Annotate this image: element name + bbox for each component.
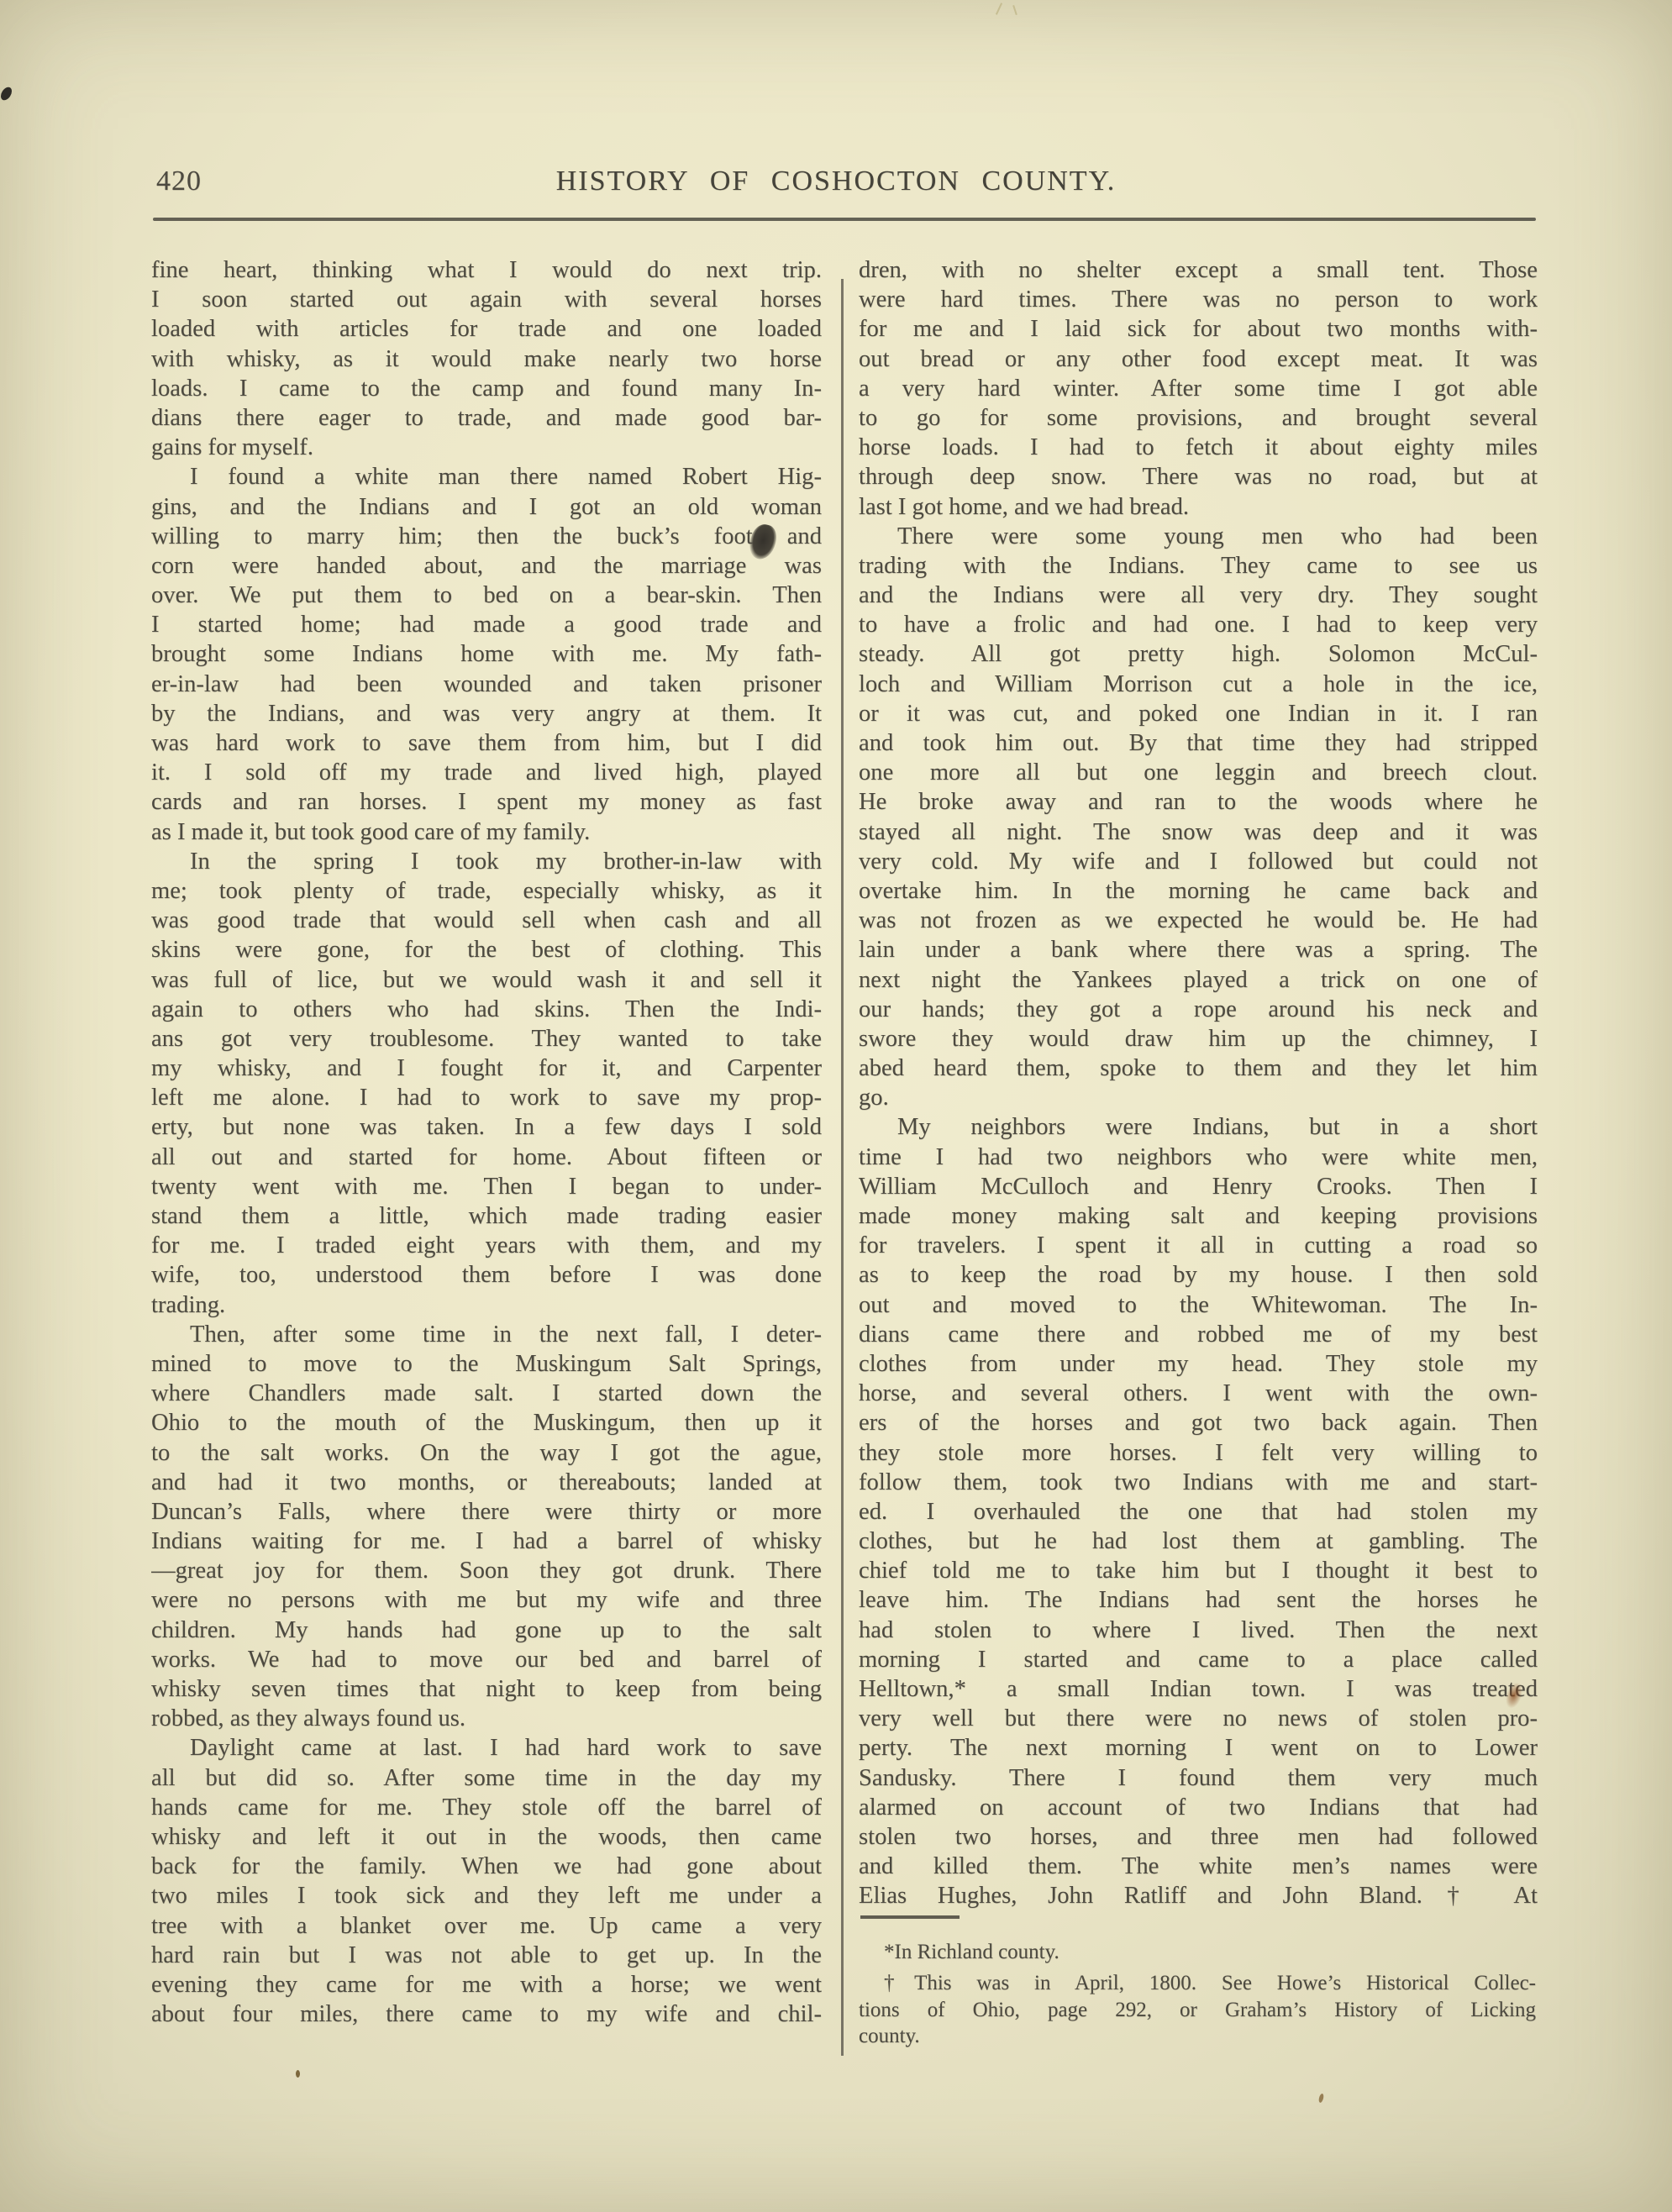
book-page-scan: 420 HISTORY OF COSHOCTON COUNTY. fine he… [0, 0, 1672, 2212]
text-line: My neighbors were Indians, but in a shor… [859, 1112, 1538, 1142]
text-line: or it was cut, and poked one Indian in i… [859, 699, 1538, 728]
text-line: fine heart, thinking what I would do nex… [151, 255, 822, 285]
text-line: to go for some provisions, and brought s… [859, 403, 1538, 433]
text-line: Indians waiting for me. I had a barrel o… [151, 1526, 822, 1556]
text-line: chief told me to take him but I thought … [859, 1556, 1538, 1585]
text-line: it. I sold off my trade and lived high, … [151, 758, 822, 787]
text-line: loads. I came to the camp and found many… [151, 374, 822, 403]
text-line: whisky seven times that night to keep fr… [151, 1674, 822, 1704]
text-line: and took him out. By that time they had … [859, 728, 1538, 758]
footnotes: *In Richland county.†This was in April, … [859, 1915, 1536, 2055]
text-line: There were some young men who had been [859, 522, 1538, 551]
text-line: out bread or any other food except meat.… [859, 344, 1538, 374]
text-line: through deep snow. There was no road, bu… [859, 462, 1538, 491]
text-line: and had it two months, or thereabouts; l… [151, 1468, 822, 1497]
text-line: stolen two horses, and three men had fol… [859, 1822, 1538, 1852]
text-line: again to others who had skins. Then the … [151, 995, 822, 1024]
text-line: I soon started out again with several ho… [151, 285, 822, 314]
text-line: for travelers. I spent it all in cutting… [859, 1231, 1538, 1260]
paragraph: In the spring I took my brother-in-law w… [151, 847, 822, 1320]
text-line: leave him. The Indians had sent the hors… [859, 1585, 1538, 1615]
text-line: dians there eager to trade, and made goo… [151, 403, 822, 433]
text-line: for me and I laid sick for about two mon… [859, 314, 1538, 344]
text-line: perty. The next morning I went on to Low… [859, 1733, 1538, 1763]
text-line: horse, and several others. I went with t… [859, 1379, 1538, 1408]
text-line: er-in-law had been wounded and taken pri… [151, 670, 822, 699]
text-line: abed heard them, spoke to them and they … [859, 1053, 1538, 1083]
footnote-separator-rule [860, 1915, 960, 1919]
text-line: dren, with no shelter except a small ten… [859, 255, 1538, 285]
text-line: Duncan’s Falls, where there were thirty … [151, 1497, 822, 1526]
text-line: I started home; had made a good trade an… [151, 610, 822, 639]
paragraph: I found a white man there named Robert H… [151, 462, 822, 846]
text-line: me; took plenty of trade, especially whi… [151, 876, 822, 906]
text-line: tree with a blanket over me. Up came a v… [151, 1911, 822, 1941]
text-line: brought some Indians home with me. My fa… [151, 639, 822, 669]
text-line: Sandusky. There I found them very much [859, 1763, 1538, 1793]
text-line: ers of the horses and got two back again… [859, 1408, 1538, 1437]
text-line: left me alone. I had to work to save my … [151, 1083, 822, 1112]
text-line: for me. I traded eight years with them, … [151, 1231, 822, 1260]
text-line: last I got home, and we had bread. [859, 492, 1538, 522]
column-divider-rule [841, 279, 844, 2056]
text-line: steady. All got pretty high. Solomon McC… [859, 639, 1538, 669]
text-line: to have a frolic and had one. I had to k… [859, 610, 1538, 639]
text-line: follow them, took two Indians with me an… [859, 1468, 1538, 1497]
text-line: was good trade that would sell when cash… [151, 906, 822, 935]
paragraph: *In Richland county. [859, 1939, 1536, 1965]
text-line: evening they came for me with a horse; w… [151, 1970, 822, 1999]
text-line: made money making salt and keeping provi… [859, 1201, 1538, 1231]
text-line: *In Richland county. [859, 1939, 1536, 1965]
text-line: were hard times. There was no person to … [859, 285, 1538, 314]
text-line: †This was in April, 1800. See Howe’s His… [859, 1970, 1536, 1996]
text-line: works. We had to move our bed and barrel… [151, 1645, 822, 1674]
text-line: very cold. My wife and I followed but co… [859, 847, 1538, 876]
text-line: all but did so. After some time in the d… [151, 1763, 822, 1793]
text-line: about four miles, there came to my wife … [151, 1999, 822, 2029]
text-line: and the Indians were all very dry. They … [859, 581, 1538, 610]
scan-speck [1318, 2094, 1325, 2104]
text-line: corn were handed about, and the marriage… [151, 551, 822, 581]
text-line: lain under a bank where there was a spri… [859, 935, 1538, 964]
text-line: by the Indians, and was very angry at th… [151, 699, 822, 728]
text-line: wife, too, understood them before I was … [151, 1260, 822, 1290]
text-line: trading with the Indians. They came to s… [859, 551, 1538, 581]
text-line: Elias Hughes, John Ratliff and John Blan… [859, 1881, 1538, 1910]
text-line: hands came for me. They stole off the ba… [151, 1793, 822, 1822]
text-line: erty, but none was taken. In a few days … [151, 1112, 822, 1142]
text-line: Helltown,* a small Indian town. I was tr… [859, 1674, 1538, 1704]
text-line: hard rain but I was not able to get up. … [151, 1941, 822, 1970]
text-line: time I had two neighbors who were white … [859, 1143, 1538, 1172]
text-line: Then, after some time in the next fall, … [151, 1320, 822, 1349]
text-line: gins, and the Indians and I got an old w… [151, 492, 822, 522]
paragraph: My neighbors were Indians, but in a shor… [859, 1112, 1538, 1910]
text-line: over. We put them to bed on a bear-skin.… [151, 581, 822, 610]
text-line: where Chandlers made salt. I started dow… [151, 1379, 822, 1408]
text-line: He broke away and ran to the woods where… [859, 787, 1538, 817]
text-line: I found a white man there named Robert H… [151, 462, 822, 491]
text-line: In the spring I took my brother-in-law w… [151, 847, 822, 876]
text-line: with whisky, as it would make nearly two… [151, 344, 822, 374]
text-line: cards and ran horses. I spent my money a… [151, 787, 822, 817]
text-line: were no persons with me but my wife and … [151, 1585, 822, 1615]
text-line: was not frozen as we expected he would b… [859, 906, 1538, 935]
text-line: alarmed on account of two Indians that h… [859, 1793, 1538, 1822]
text-line: stayed all night. The snow was deep and … [859, 817, 1538, 847]
text-line: mined to move to the Muskingum Salt Spri… [151, 1349, 822, 1379]
text-line: county. [859, 2023, 1536, 2049]
text-line: and killed them. The white men’s names w… [859, 1852, 1538, 1881]
text-line: twenty went with me. Then I began to und… [151, 1172, 822, 1201]
text-line: tions of Ohio, page 292, or Graham’s His… [859, 1997, 1536, 2023]
text-line: Daylight came at last. I had hard work t… [151, 1733, 822, 1763]
text-line: whisky and left it out in the woods, the… [151, 1822, 822, 1852]
paragraph: fine heart, thinking what I would do nex… [151, 255, 822, 462]
footnote-list: *In Richland county.†This was in April, … [859, 1939, 1536, 2050]
page-title: HISTORY OF COSHOCTON COUNTY. [143, 166, 1529, 197]
text-line: morning I started and came to a place ca… [859, 1645, 1538, 1674]
text-line: back for the family. When we had gone ab… [151, 1852, 822, 1881]
text-line: —great joy for them. Soon they got drunk… [151, 1556, 822, 1585]
text-line: ed. I overhauled the one that had stolen… [859, 1497, 1538, 1526]
text-line: clothes from under my head. They stole m… [859, 1349, 1538, 1379]
text-line: our hands; they got a rope around his ne… [859, 995, 1538, 1024]
text-line: swore they would draw him up the chimney… [859, 1024, 1538, 1053]
scan-speck [0, 85, 14, 102]
text-line: horse loads. I had to fetch it about eig… [859, 433, 1538, 462]
text-line: they stole more horses. I felt very will… [859, 1438, 1538, 1468]
pencil-mark [996, 3, 1002, 14]
text-line: trading. [151, 1290, 822, 1320]
text-line: overtake him. In the morning he came bac… [859, 876, 1538, 906]
text-line: William McCulloch and Henry Crooks. Then… [859, 1172, 1538, 1201]
text-line: robbed, as they always found us. [151, 1704, 822, 1733]
text-line: children. My hands had gone up to the sa… [151, 1616, 822, 1645]
left-column: fine heart, thinking what I would do nex… [151, 255, 822, 2029]
pencil-mark [1012, 5, 1017, 15]
text-line: clothes, but he had lost them at gamblin… [859, 1526, 1538, 1556]
text-line: dians came there and robbed me of my bes… [859, 1320, 1538, 1349]
text-line: one more all but one leggin and breech c… [859, 758, 1538, 787]
text-line: very well but there were no news of stol… [859, 1704, 1538, 1733]
paragraph: There were some young men who had beentr… [859, 522, 1538, 1113]
text-line: loch and William Morrison cut a hole in … [859, 670, 1538, 699]
text-line: was hard work to save them from him, but… [151, 728, 822, 758]
text-line: had stolen to where I lived. Then the ne… [859, 1616, 1538, 1645]
text-line: willing to marry him; then the buck’s fo… [151, 522, 822, 551]
right-column: dren, with no shelter except a small ten… [859, 255, 1538, 2029]
text-line: as to keep the road by my house. I then … [859, 1260, 1538, 1290]
paragraph: †This was in April, 1800. See Howe’s His… [859, 1970, 1536, 2049]
text-line: all out and started for home. About fift… [151, 1143, 822, 1172]
text-line: go. [859, 1083, 1538, 1112]
text-line: my whisky, and I fought for it, and Carp… [151, 1053, 822, 1083]
text-line: two miles I took sick and they left me u… [151, 1881, 822, 1910]
text-line: stand them a little, which made trading … [151, 1201, 822, 1231]
paragraph: Daylight came at last. I had hard work t… [151, 1733, 822, 2029]
text-line: was full of lice, but we would wash it a… [151, 965, 822, 995]
text-line: ans got very troublesome. They wanted to… [151, 1024, 822, 1053]
text-line: next night the Yankees played a trick on… [859, 965, 1538, 995]
header-rule [153, 218, 1536, 221]
paragraph: Then, after some time in the next fall, … [151, 1320, 822, 1734]
text-line: as I made it, but took good care of my f… [151, 817, 822, 847]
text-line: skins were gone, for the best of clothin… [151, 935, 822, 964]
text-line: to the salt works. On the way I got the … [151, 1438, 822, 1468]
text-line: a very hard winter. After some time I go… [859, 374, 1538, 403]
text-block: fine heart, thinking what I would do nex… [151, 255, 1538, 2029]
text-line: out and moved to the Whitewoman. The In- [859, 1290, 1538, 1320]
text-line: loaded with articles for trade and one l… [151, 314, 822, 344]
text-line: gains for myself. [151, 433, 822, 462]
scan-speck [296, 2070, 300, 2078]
paragraph: dren, with no shelter except a small ten… [859, 255, 1538, 522]
text-line: Ohio to the mouth of the Muskingum, then… [151, 1408, 822, 1437]
